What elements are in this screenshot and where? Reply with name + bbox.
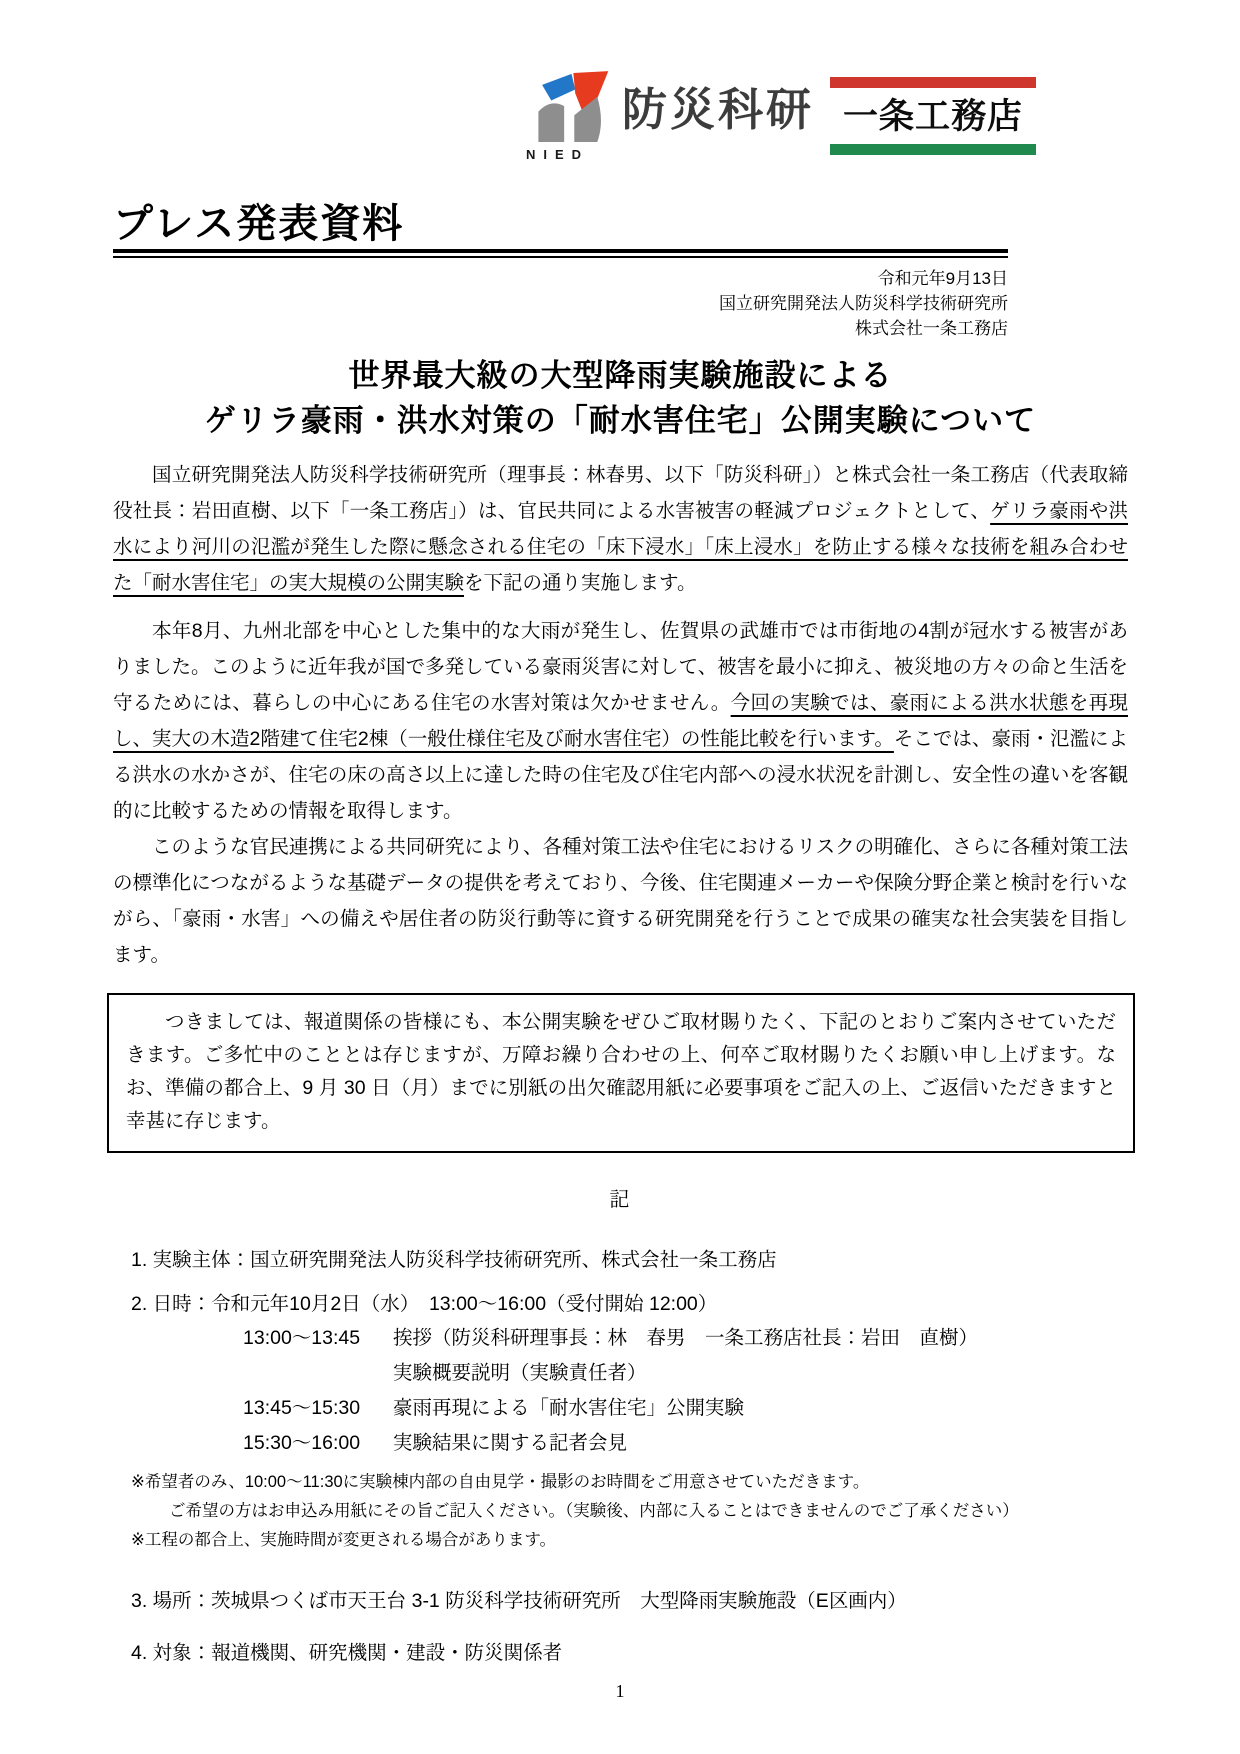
items-list: 1. 実験主体：国立研究開発法人防災科学技術研究所、株式会社一条工務店 2. 日… (113, 1248, 1128, 1665)
paragraph-3: このような官民連携による共同研究により、各種対策工法や住宅におけるリスクの明確化… (113, 829, 1128, 973)
item-audience: 4. 対象：報道機関、研究機関・建設・防災関係者 (113, 1641, 1128, 1665)
schedule-row: 15:30～16:00 実験結果に関する記者会見 (113, 1430, 1128, 1456)
page-number: 1 (0, 1681, 1240, 1702)
paragraph-1-tail: を下記の通り実施します。 (464, 572, 696, 594)
schedule-desc: 豪雨再現による「耐水害住宅」公開実験 (393, 1395, 744, 1421)
press-release-page: NIED 防災科研 一条工務店 プレス発表資料 令和元年9月13日 国立研究開発… (0, 0, 1240, 1754)
note-line: ※工程の都合上、実施時間が変更される場合があります。 (113, 1526, 1128, 1555)
date-block: 令和元年9月13日 国立研究開発法人防災科学技術研究所 株式会社一条工務店 (113, 266, 1008, 341)
item-datetime: 2. 日時：令和元年10月2日（水） 13:00～16:00（受付開始 12:0… (113, 1292, 1128, 1316)
body-text: 国立研究開発法人防災科学技術研究所（理事長：林春男、以下「防災科研」）と株式会社… (113, 457, 1128, 973)
schedule-row: 13:45～15:30 豪雨再現による「耐水害住宅」公開実験 (113, 1395, 1128, 1421)
paragraph-gap (113, 601, 1128, 613)
schedule-time (243, 1360, 393, 1386)
nied-logo-icon (520, 70, 612, 144)
schedule-time: 15:30～16:00 (243, 1430, 393, 1456)
schedule-time: 13:00～13:45 (243, 1325, 393, 1351)
note-line: ご希望の方はお申込み用紙にその旨ご記入ください。（実験後、内部に入ることはできま… (113, 1497, 1128, 1526)
nied-caption: NIED (520, 147, 589, 162)
ichijo-bottom-bar (830, 144, 1036, 155)
nied-logo: NIED 防災科研 (520, 70, 814, 162)
schedule-row: 実験概要説明（実験責任者） (113, 1360, 1128, 1386)
main-title: 世界最大級の大型降雨実験施設による ゲリラ豪雨・洪水対策の「耐水害住宅」公開実験… (113, 353, 1128, 443)
schedule-row: 13:00～13:45 挨拶（防災科研理事長：林 春男 一条工務店社長：岩田 直… (113, 1325, 1128, 1351)
nied-mark-block: NIED (520, 70, 612, 162)
schedule-desc: 挨拶（防災科研理事長：林 春男 一条工務店社長：岩田 直樹） (393, 1325, 978, 1351)
notice-box: つきましては、報道関係の皆様にも、本公開実験をぜひご取材賜りたく、下記のとおりご… (107, 993, 1135, 1153)
ichijo-name-text: 一条工務店 (830, 88, 1036, 144)
note-line: ※希望者のみ、10:00～11:30に実験棟内部の自由見学・撮影のお時間をご用意… (113, 1468, 1128, 1497)
paragraph-2: 本年8月、九州北部を中心とした集中的な大雨が発生し、佐賀県の武雄市では市街地の4… (113, 613, 1128, 829)
org-line-1: 国立研究開発法人防災科学技術研究所 (113, 291, 1008, 316)
org-line-2: 株式会社一条工務店 (113, 316, 1008, 341)
main-title-line-2: ゲリラ豪雨・洪水対策の「耐水害住宅」公開実験について (113, 398, 1128, 443)
heading-double-rule (113, 249, 1008, 258)
notes-block: ※希望者のみ、10:00～11:30に実験棟内部の自由見学・撮影のお時間をご用意… (113, 1468, 1128, 1555)
ichijo-top-bar (830, 77, 1036, 88)
release-date: 令和元年9月13日 (113, 266, 1008, 291)
schedule-desc: 実験結果に関する記者会見 (393, 1430, 627, 1456)
paragraph-1: 国立研究開発法人防災科学技術研究所（理事長：林春男、以下「防災科研」）と株式会社… (113, 457, 1128, 601)
header-logos: NIED 防災科研 一条工務店 (520, 70, 1036, 162)
paragraph-1-text: 国立研究開発法人防災科学技術研究所（理事長：林春男、以下「防災科研」）と株式会社… (113, 464, 1128, 522)
schedule-desc: 実験概要説明（実験責任者） (393, 1360, 647, 1386)
nied-brand-text: 防災科研 (622, 87, 814, 132)
main-title-line-1: 世界最大級の大型降雨実験施設による (113, 353, 1128, 398)
document-content: プレス発表資料 令和元年9月13日 国立研究開発法人防災科学技術研究所 株式会社… (0, 0, 1240, 1665)
schedule-time: 13:45～15:30 (243, 1395, 393, 1421)
ichijo-logo: 一条工務店 (830, 77, 1036, 155)
item-subject: 1. 実験主体：国立研究開発法人防災科学技術研究所、株式会社一条工務店 (113, 1248, 1128, 1272)
item-place: 3. 場所：茨城県つくば市天王台 3-1 防災科学技術研究所 大型降雨実験施設（… (113, 1589, 1128, 1613)
ki-label: 記 (113, 1183, 1128, 1212)
